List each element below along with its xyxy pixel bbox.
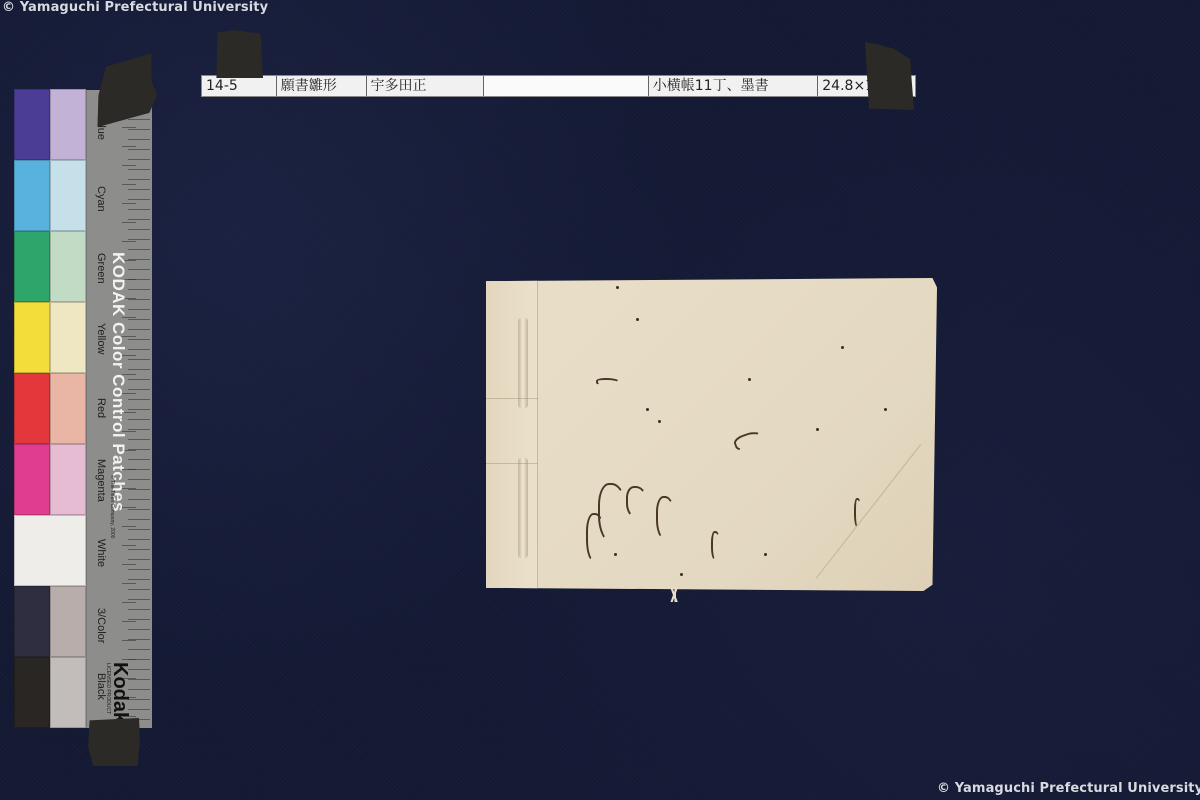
patch-white xyxy=(14,515,86,586)
wormhole xyxy=(711,531,721,561)
crease xyxy=(486,463,538,464)
patch-green-dark xyxy=(14,231,50,302)
color-label-white: White xyxy=(95,539,107,567)
binding-thread-bottom xyxy=(518,458,528,558)
wormhole xyxy=(586,513,606,563)
crease-corner xyxy=(816,444,921,579)
patch-white-full xyxy=(14,515,86,586)
patch-yellow xyxy=(14,302,86,373)
wormhole xyxy=(656,496,676,540)
patch-yellow-light xyxy=(50,302,86,373)
tape-top-left xyxy=(215,30,263,78)
patch-green xyxy=(14,231,86,302)
patch-cyan-light xyxy=(50,160,86,231)
wormhole-dot xyxy=(636,318,639,321)
label-id: 14-5 xyxy=(202,76,277,96)
ruler: Blue Cyan Green Yellow Red Magenta White… xyxy=(86,90,152,728)
watermark-bottom: © Yamaguchi Prefectural University xyxy=(937,781,1200,796)
patch-green-light xyxy=(50,231,86,302)
patch-black-light xyxy=(50,657,86,728)
patch-magenta xyxy=(14,444,86,515)
label-format: 小横帳11丁、墨書 xyxy=(649,76,819,96)
tape-top-right xyxy=(864,42,914,110)
color-label-yellow: Yellow xyxy=(95,323,107,354)
watermark-top: © Yamaguchi Prefectural University xyxy=(2,0,268,15)
patch-3color-light xyxy=(50,586,86,657)
color-label-magenta: Magenta xyxy=(95,459,107,502)
document-binding xyxy=(486,278,538,591)
patch-red xyxy=(14,373,86,444)
wormhole-dot xyxy=(616,286,619,289)
catalog-label: 14-5 願書雛形 宇多田正 小横帳11丁、墨書 24.8×17.3 xyxy=(201,75,916,97)
color-label-cyan: Cyan xyxy=(95,186,107,212)
document-fray xyxy=(655,588,695,602)
wormhole-dot xyxy=(680,573,683,576)
patch-3color-dark xyxy=(14,586,50,657)
patch-red-dark xyxy=(14,373,50,444)
patch-blue-dark xyxy=(14,89,50,160)
label-blank xyxy=(484,76,649,96)
tiffen-copyright: © The Tiffen Company, 2000 xyxy=(109,475,115,538)
label-title: 願書雛形 xyxy=(277,76,367,96)
wormhole-dot xyxy=(614,553,617,556)
color-control-patches xyxy=(14,89,86,729)
label-author: 宇多田正 xyxy=(367,76,485,96)
binding-thread-top xyxy=(518,318,528,408)
patch-magenta-light xyxy=(50,444,86,515)
patch-yellow-dark xyxy=(14,302,50,373)
patch-cyan-dark xyxy=(14,160,50,231)
crease xyxy=(486,398,538,399)
color-label-3color: 3/Color xyxy=(95,608,107,643)
wormhole xyxy=(854,498,862,528)
patch-black xyxy=(14,657,86,728)
wormhole xyxy=(626,486,648,518)
patch-blue xyxy=(14,89,86,160)
kodak-logo: Kodak xyxy=(108,662,131,723)
patch-magenta-dark xyxy=(14,444,50,515)
wormhole-dot xyxy=(748,378,751,381)
wormhole-dot xyxy=(884,408,887,411)
tape-ruler-bottom xyxy=(88,718,140,766)
color-label-red: Red xyxy=(95,398,107,418)
patch-3color xyxy=(14,586,86,657)
historical-document xyxy=(486,278,937,591)
patch-red-light xyxy=(50,373,86,444)
kodak-licensed: LICENSED PRODUCT xyxy=(105,663,111,714)
wormhole-dot xyxy=(841,346,844,349)
wormhole-dot xyxy=(816,428,819,431)
patch-blue-light xyxy=(50,89,86,160)
patch-cyan xyxy=(14,160,86,231)
wormhole-dot xyxy=(646,408,649,411)
kodak-title: KODAK Color Control Patches xyxy=(108,252,128,512)
wormhole xyxy=(732,428,766,453)
wormhole xyxy=(596,378,620,386)
patch-black-dark xyxy=(14,657,50,728)
wormhole-dot xyxy=(658,420,661,423)
wormhole-dot xyxy=(764,553,767,556)
color-label-green: Green xyxy=(95,253,107,284)
